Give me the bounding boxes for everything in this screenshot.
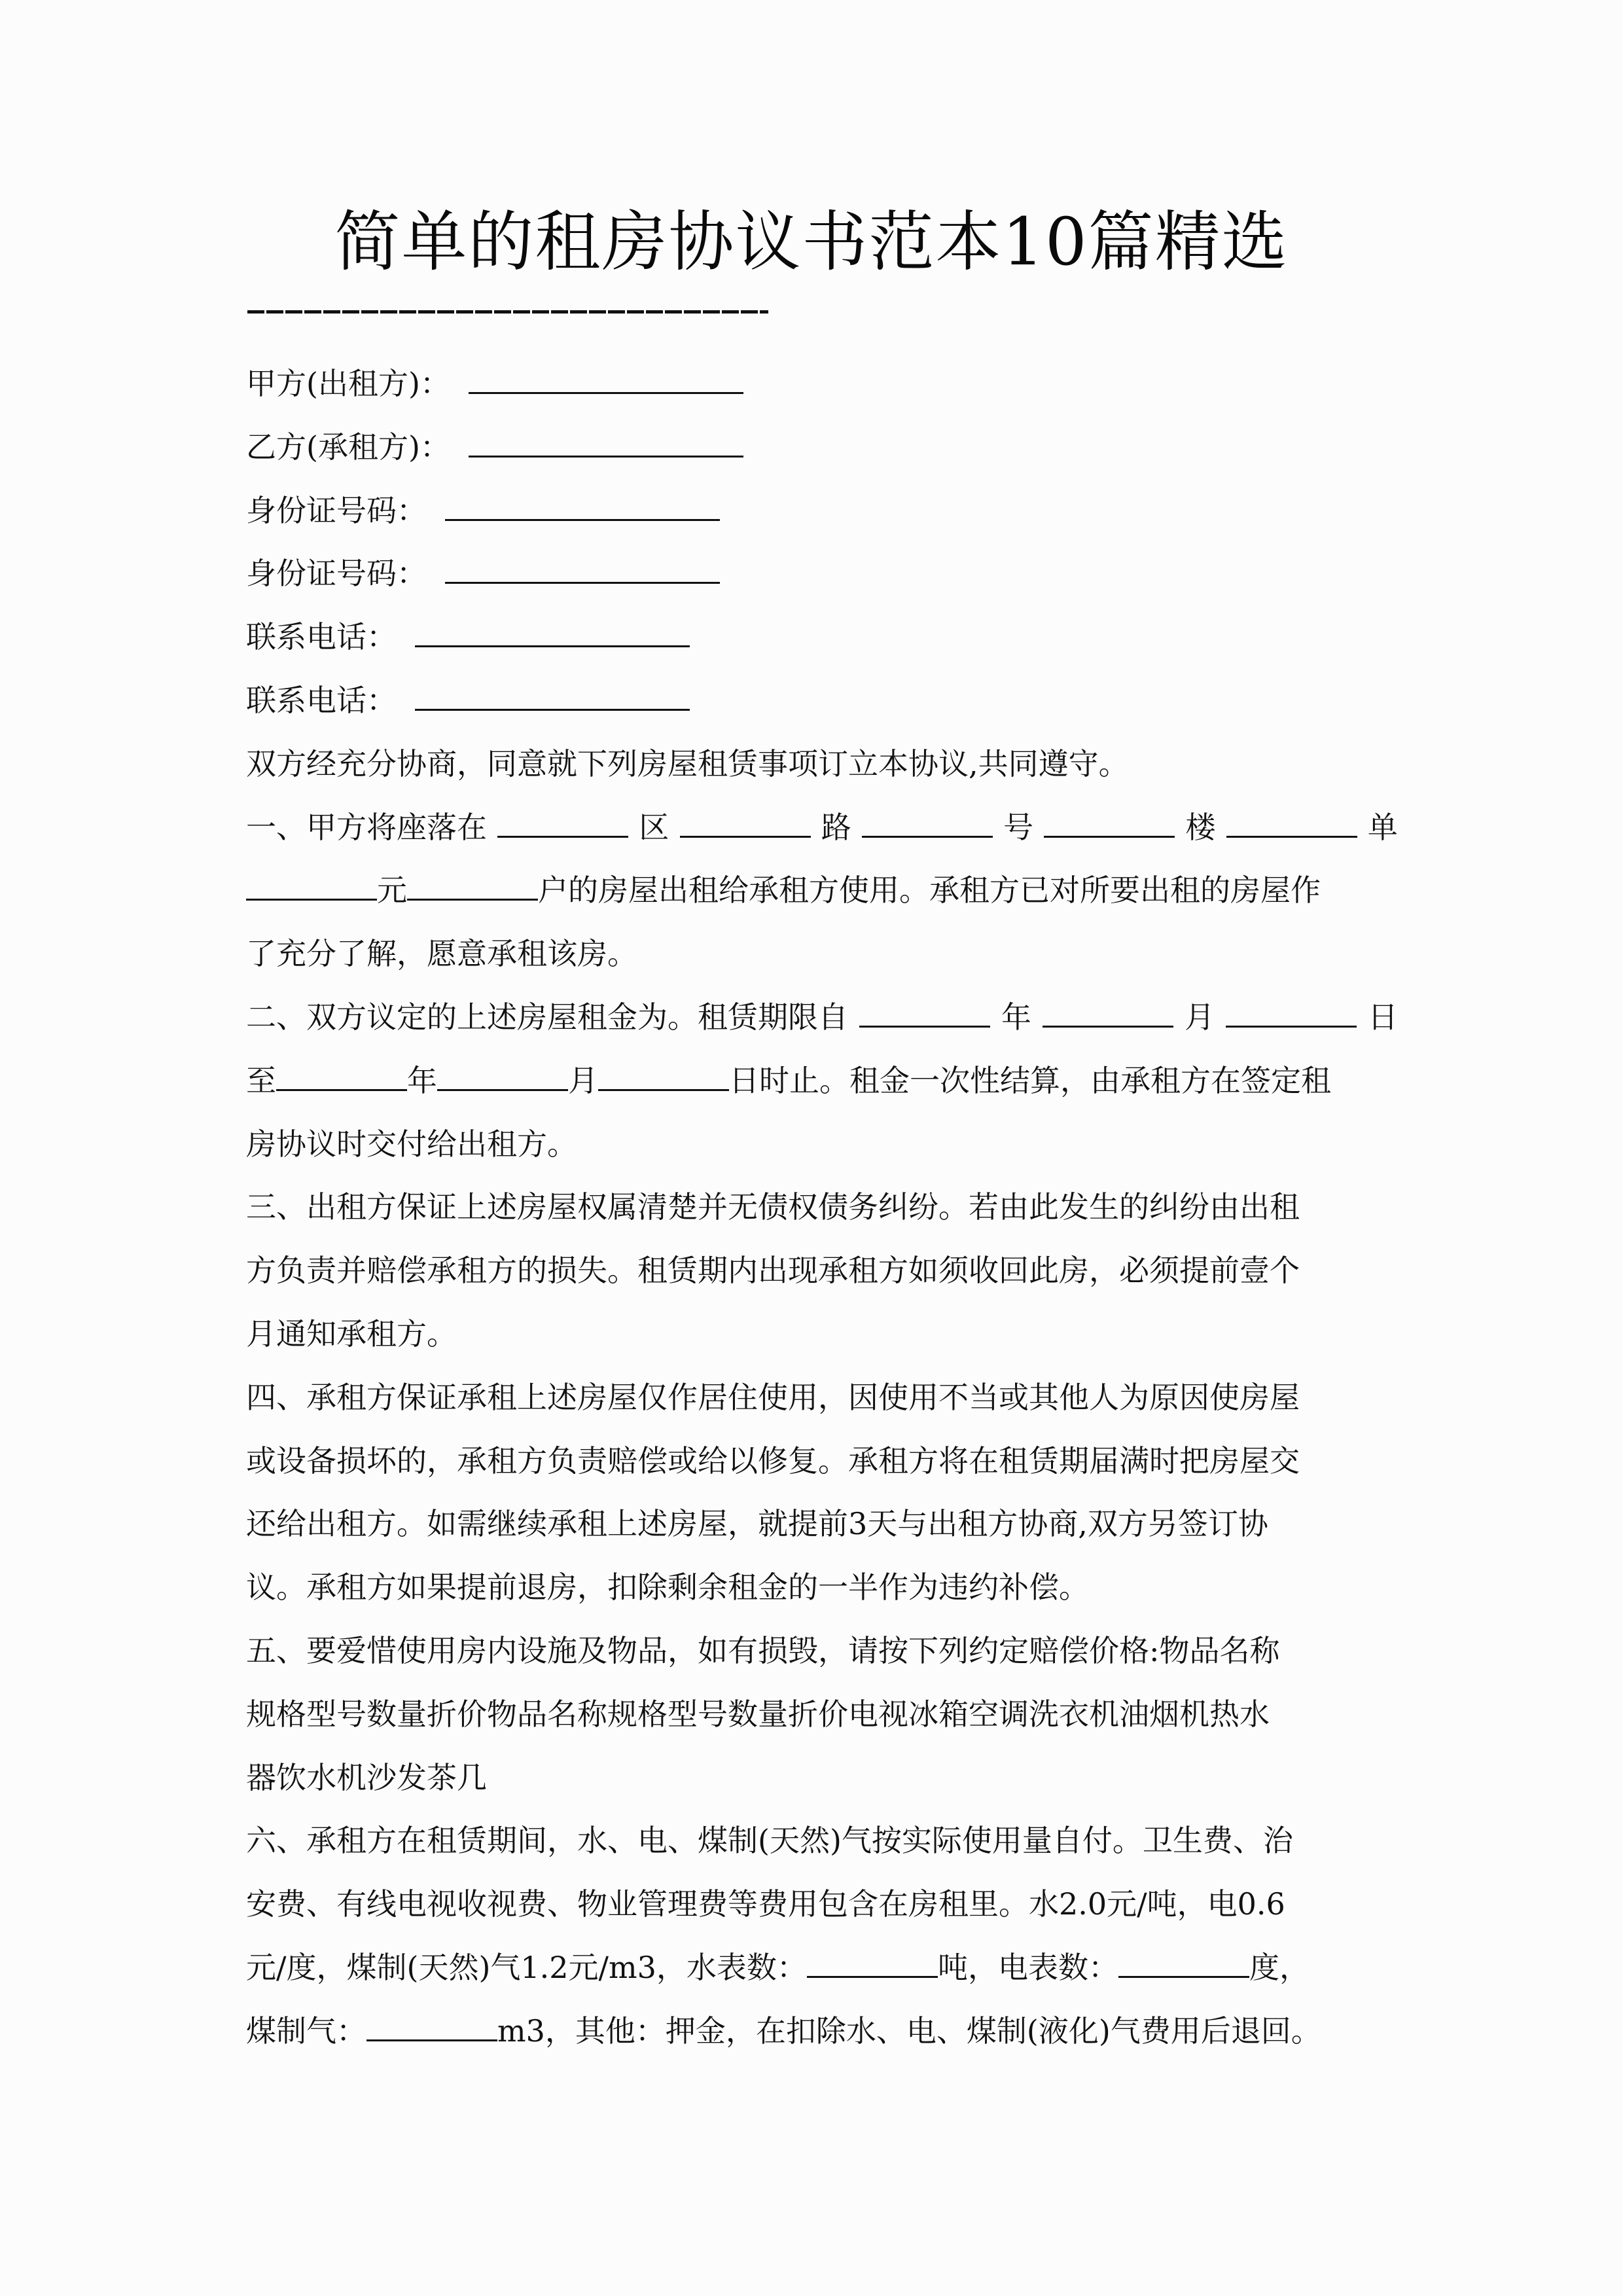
intro-paragraph: 双方经充分协商，同意就下列房屋租赁事项订立本协议,共同遵守。 <box>246 732 1398 796</box>
field-label: 联系电话： <box>246 683 397 718</box>
clause-text: 区 <box>639 796 669 859</box>
district-blank[interactable] <box>497 810 628 838</box>
clause-text: 一、甲方将座落在 <box>246 796 487 859</box>
document-page: 简单的租房协议书范本10篇精选 甲方(出租方)： 乙方(承租方)： 身份证号码：… <box>0 0 1623 2296</box>
clause-1-line-3: 了充分了解，愿意承租该房。 <box>246 922 1398 986</box>
start-day-blank[interactable] <box>1226 999 1357 1028</box>
clause-text: 至 <box>246 1063 276 1098</box>
gas-meter-blank[interactable] <box>366 2013 497 2041</box>
phone-blank-1[interactable] <box>415 619 690 647</box>
field-label: 乙方(承租方)： <box>246 429 450 465</box>
id-number-blank-2[interactable] <box>445 556 720 584</box>
clause-text: 度， <box>1249 1950 1310 1985</box>
clause-2-line-3: 房协议时交付给出租方。 <box>246 1113 1398 1176</box>
end-year-blank[interactable] <box>276 1063 407 1091</box>
water-meter-blank[interactable] <box>807 1950 938 1978</box>
end-month-blank[interactable] <box>437 1063 568 1091</box>
field-lessee: 乙方(承租方)： <box>246 416 1398 479</box>
clause-6-line-2: 安费、有线电视收视费、物业管理费等费用包含在房租里。水2.0元/吨，电0.6 <box>246 1873 1398 1936</box>
clause-6-line-4: 煤制气：m3，其他：押金，在扣除水、电、煤制(液化)气费用后退回。 <box>246 2000 1398 2063</box>
clause-3-line-2: 方负责并赔偿承租方的损失。租赁期内出现承租方如须收回此房，必须提前壹个 <box>246 1239 1398 1302</box>
field-phone-2: 联系电话： <box>246 669 1398 732</box>
clause-text: 元 <box>377 872 407 908</box>
unit-blank[interactable] <box>1226 810 1357 838</box>
end-day-blank[interactable] <box>598 1063 729 1091</box>
clause-4-line-3: 还给出租方。如需继续承租上述房屋，就提前3天与出租方协商,双方另签订协 <box>246 1492 1398 1556</box>
clause-5-line-2: 规格型号数量折价物品名称规格型号数量折价电视冰箱空调洗衣机油烟机热水 <box>246 1683 1398 1746</box>
lessee-name-blank[interactable] <box>469 429 743 457</box>
clause-6-line-1: 六、承租方在租赁期间，水、电、煤制(天然)气按实际使用量自付。卫生费、治 <box>246 1809 1398 1873</box>
title-divider <box>247 310 768 314</box>
clause-text: 二、双方议定的上述房屋租金为。租赁期限自 <box>246 986 848 1049</box>
field-label: 身份证号码： <box>246 493 427 528</box>
start-year-blank[interactable] <box>859 999 990 1028</box>
id-number-blank-1[interactable] <box>445 493 720 521</box>
field-phone-1: 联系电话： <box>246 605 1398 669</box>
clause-text: 元/度，煤制(天然)气1.2元/m3，水表数： <box>246 1950 807 1985</box>
clause-2-line-2: 至年月日时止。租金一次性结算，由承租方在签定租 <box>246 1049 1398 1113</box>
document-title: 简单的租房协议书范本10篇精选 <box>0 196 1623 288</box>
clause-text: 单 <box>1368 796 1398 859</box>
field-label: 身份证号码： <box>246 556 427 591</box>
clause-5-line-1: 五、要爱惜使用房内设施及物品，如有损毁，请按下列约定赔偿价格:物品名称 <box>246 1619 1398 1683</box>
clause-1-line-1: 一、甲方将座落在 区 路 号 楼 单 <box>246 796 1398 859</box>
field-label: 甲方(出租方)： <box>246 366 450 401</box>
clause-text: 年 <box>1001 986 1031 1049</box>
clause-6-line-3: 元/度，煤制(天然)气1.2元/m3，水表数：吨，电表数：度， <box>246 1936 1398 2000</box>
clause-text: 吨，电表数： <box>938 1950 1118 1985</box>
clause-1-line-2: 元户的房屋出租给承租方使用。承租方已对所要出租的房屋作 <box>246 859 1398 922</box>
clause-3-line-3: 月通知承租方。 <box>246 1302 1398 1366</box>
clause-5-line-3: 器饮水机沙发茶几 <box>246 1746 1398 1810</box>
clause-text: 日 <box>1368 986 1398 1049</box>
field-id-number-1: 身份证号码： <box>246 479 1398 543</box>
phone-blank-2[interactable] <box>415 683 690 711</box>
field-id-number-2: 身份证号码： <box>246 542 1398 605</box>
unit-number-blank[interactable] <box>246 872 377 901</box>
clause-text: 日时止。租金一次性结算，由承租方在签定租 <box>729 1063 1331 1098</box>
clause-text: m3，其他：押金，在扣除水、电、煤制(液化)气费用后退回。 <box>497 2013 1321 2049</box>
room-blank[interactable] <box>407 872 538 901</box>
number-blank[interactable] <box>862 810 993 838</box>
clause-text: 户的房屋出租给承租方使用。承租方已对所要出租的房屋作 <box>538 872 1321 908</box>
clause-text: 年 <box>407 1063 437 1098</box>
clause-text: 煤制气： <box>246 2013 366 2049</box>
field-label: 联系电话： <box>246 619 397 655</box>
clause-text: 月 <box>1185 986 1215 1049</box>
clause-text: 月 <box>568 1063 598 1098</box>
clause-4-line-1: 四、承租方保证承租上述房屋仅作居住使用，因使用不当或其他人为原因使房屋 <box>246 1366 1398 1429</box>
building-blank[interactable] <box>1044 810 1175 838</box>
clause-text: 号 <box>1003 796 1033 859</box>
road-blank[interactable] <box>680 810 811 838</box>
lessor-name-blank[interactable] <box>469 366 743 394</box>
field-lessor: 甲方(出租方)： <box>246 352 1398 416</box>
clause-4-line-4: 议。承租方如果提前退房，扣除剩余租金的一半作为违约补偿。 <box>246 1556 1398 1619</box>
clause-text: 楼 <box>1186 796 1216 859</box>
clause-4-line-2: 或设备损坏的，承租方负责赔偿或给以修复。承租方将在租赁期届满时把房屋交 <box>246 1429 1398 1493</box>
clause-text: 路 <box>821 796 851 859</box>
start-month-blank[interactable] <box>1043 999 1173 1028</box>
clause-3-line-1: 三、出租方保证上述房屋权属清楚并无债权债务纠纷。若由此发生的纠纷由出租 <box>246 1175 1398 1239</box>
document-body: 甲方(出租方)： 乙方(承租方)： 身份证号码： 身份证号码： 联系电话： 联系… <box>246 352 1398 2063</box>
clause-2-line-1: 二、双方议定的上述房屋租金为。租赁期限自 年 月 日 <box>246 986 1398 1049</box>
electric-meter-blank[interactable] <box>1118 1950 1249 1978</box>
